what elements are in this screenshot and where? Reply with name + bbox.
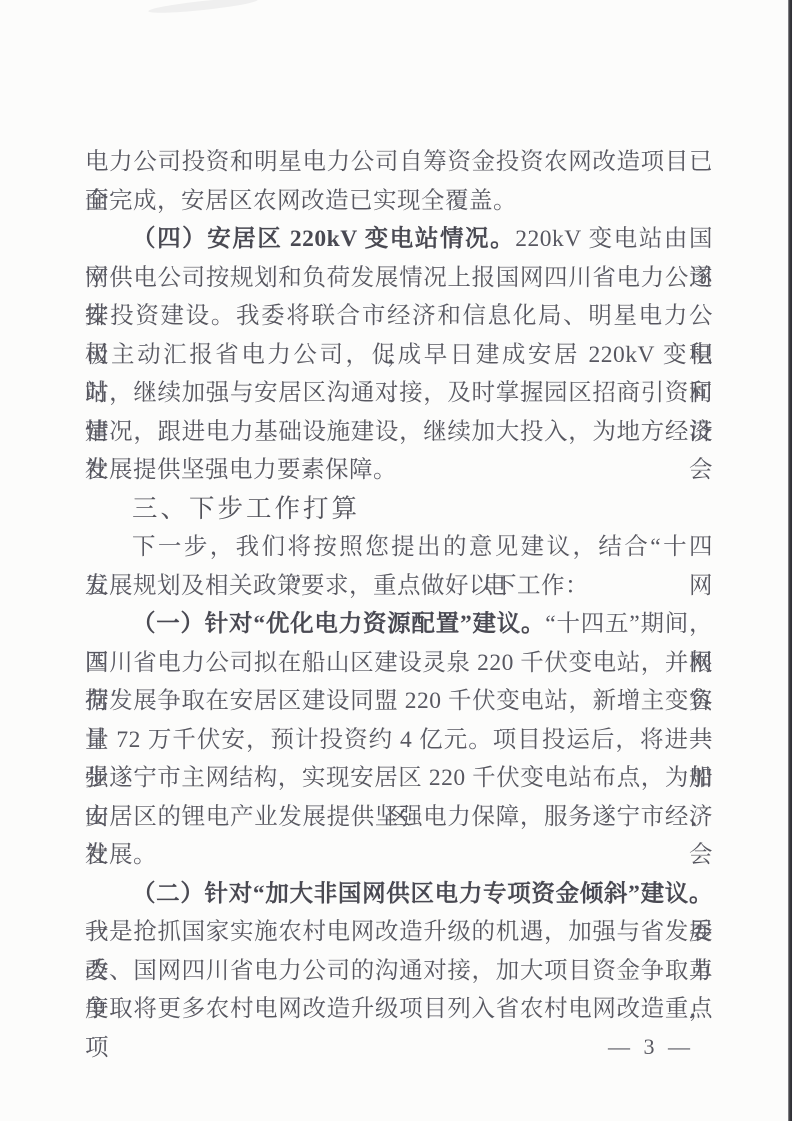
text-line: 四川省电力公司拟在船山区建设灵泉 220 千伏变电站，并根据负 — [85, 644, 713, 683]
text-line: 时，继续加强与安居区沟通对接，及时掌握园区招商引资和建设 — [85, 374, 713, 413]
text-line: 极主动汇报省电力公司，促成早日建成安居 220kV 变电站。同 — [85, 336, 713, 375]
text-line: （四）安居区 220kV 变电站情况。220kV 变电站由国网遂 — [85, 220, 713, 259]
text-run: 三、下步工作打算 — [132, 495, 360, 523]
text-line: 强遂宁市主网结构，实现安居区 220 千伏变电站布点，为船山区、 — [85, 759, 713, 798]
page-number: — 3 — — [608, 1034, 694, 1060]
text-line: 一是抢抓国家实施农村电网改造升级的机遇，加强与省发展改革 — [85, 913, 713, 952]
scanned-document-page: 电力公司投资和明星电力公司自筹资金投资农网改造项目已全面完成，安居区农网改造已实… — [0, 0, 793, 1121]
text-run: 发展规划及相关政策要求，重点做好以下工作： — [85, 573, 589, 599]
scan-edge-artifact — [788, 0, 792, 1121]
section-heading: 三、下步工作打算 — [85, 490, 713, 529]
document-body: 电力公司投资和明星电力公司自筹资金投资农网改造项目已全面完成，安居区农网改造已实… — [85, 143, 713, 1029]
text-line: 安居区的锂电产业发展提供坚强电力保障，服务遂宁市经济社会 — [85, 798, 713, 837]
text-line: 计 72 万千伏安，预计投资约 4 亿元。项目投运后，将进一步加 — [85, 721, 713, 760]
bold-run: （一）针对“优化电力资源配置”建议。 — [132, 611, 545, 637]
text-run: 安居区的锂电产业发展提供坚强电力保障，服务遂宁市经济社会 — [85, 804, 713, 869]
text-line: 委、国网四川省电力公司的沟通对接，加大项目资金争取力度， — [85, 952, 713, 991]
text-line: 宁供电公司按规划和负荷发展情况上报国网四川省电力公司安 — [85, 259, 713, 298]
bold-run: （四）安居区 220kV 变电站情况。 — [132, 226, 515, 252]
text-line: 争取将更多农村电网改造升级项目列入省农村电网改造重点项 — [85, 990, 713, 1029]
text-run: 发展。 — [85, 842, 157, 868]
scan-smudge — [148, 0, 258, 16]
text-line: 排投资建设。我委将联合市经济和信息化局、明星电力公司，积 — [85, 297, 713, 336]
text-line: 电力公司投资和明星电力公司自筹资金投资农网改造项目已全 — [85, 143, 713, 182]
text-run: 面完成，安居区农网改造已实现全覆盖。 — [85, 188, 517, 214]
text-run: 发展提供坚强电力要素保障。 — [85, 457, 397, 483]
text-line: 面完成，安居区农网改造已实现全覆盖。 — [85, 182, 713, 221]
text-line: 情况，跟进电力基础设施建设，继续加大投入，为地方经济社会 — [85, 413, 713, 452]
bold-run: （二）针对“加大非国网供区电力专项资金倾斜”建议。 — [132, 881, 713, 907]
text-line: （一）针对“优化电力资源配置”建议。“十四五”期间，国网 — [85, 605, 713, 644]
text-line: 荷发展争取在安居区建设同盟 220 千伏变电站，新增主变容量共 — [85, 682, 713, 721]
text-line: 下一步，我们将按照您提出的意见建议，结合“十四五”电网 — [85, 528, 713, 567]
text-line: （二）针对“加大非国网供区电力专项资金倾斜”建议。我委 — [85, 875, 713, 914]
